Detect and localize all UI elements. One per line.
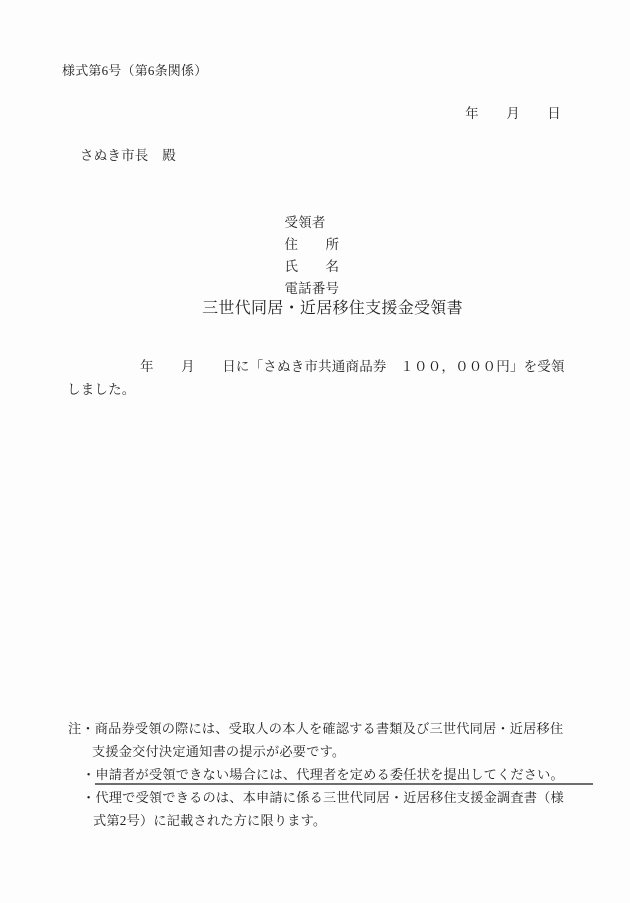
note-1-line-1: 注・商品券受領の際には、受取人の本人を確認する書類及び三世代同居・近居移住 xyxy=(68,717,630,740)
note-3-line-2: 式第2号）に記載された方に限ります。 xyxy=(93,809,630,832)
note-3-line-1: ・代理で受領できるのは、本申請に係る三世代同居・近居移住支援金調査書（様 xyxy=(82,786,630,809)
body-line-2: しました。 xyxy=(67,382,136,398)
note-2-bullet: ・ xyxy=(82,767,95,782)
addressee-line: さぬき市長 殿 xyxy=(80,148,176,164)
date-blank-line: 年 月 日 xyxy=(465,106,561,122)
note-2-underlined-text: 申請者が受領できない場合には、代理者を定める委任状を提出してください。 xyxy=(95,767,593,785)
recipient-block: 受領者 住 所 氏 名 電話番号 xyxy=(263,190,339,256)
document-page: 様式第6号（第6条関係） 年 月 日 さぬき市長 殿 受領者 住 所 氏 名 電… xyxy=(0,0,630,903)
notes-block: 注・商品券受領の際には、受取人の本人を確認する書類及び三世代同居・近居移住 支援… xyxy=(0,717,630,832)
note-1-line-2: 支援金交付決定通知書の提示が必要です。 xyxy=(92,740,630,763)
recipient-row-address: 受領者 住 所 xyxy=(263,190,339,212)
recipient-label: 受領者 xyxy=(284,212,325,234)
document-title: 三世代同居・近居移住支援金受領書 xyxy=(0,295,630,318)
note-2-line: ・申請者が受領できない場合には、代理者を定める委任状を提出してください。 xyxy=(82,763,630,786)
body-line-1: 年 月 日に「さぬき市共通商品券 １００，０００円」を受領 xyxy=(140,359,565,375)
form-number-label: 様式第6号（第6条関係） xyxy=(62,64,207,79)
recipient-phone-field-label: 電話番号 xyxy=(284,281,339,296)
